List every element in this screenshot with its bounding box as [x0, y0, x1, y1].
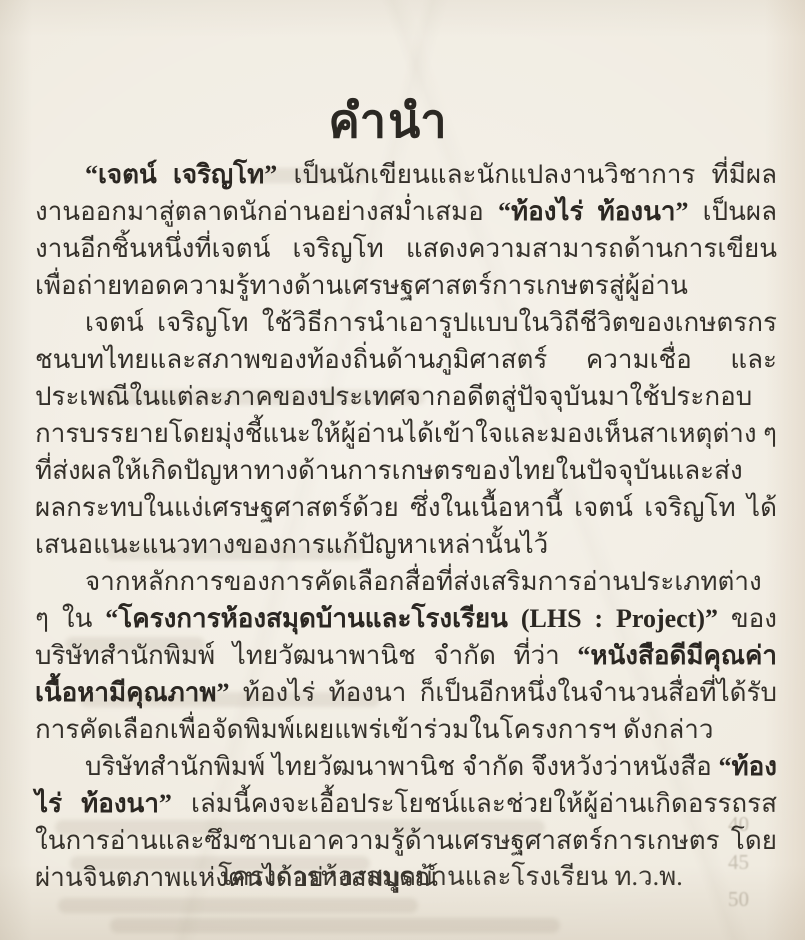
- emphasized-text: “เจตน์ เจริญโท”: [85, 160, 277, 189]
- ghost-text-smudge: [110, 918, 560, 933]
- page-title: คำนำ: [0, 83, 777, 158]
- preface-body: “เจตน์ เจริญโท” เป็นนักเขียนและนักแปลงาน…: [35, 156, 777, 896]
- preface-paragraph: จากหลักการของการคัดเลือกสื่อที่ส่งเสริมก…: [35, 563, 777, 748]
- paragraph-text: เจตน์ เจริญโท ใช้วิธีการนำเอารูปแบบในวิถ…: [35, 308, 777, 559]
- footer-line: โครงการห้องสมุดบ้านและโรงเรียน ท.ว.พ.: [0, 856, 805, 897]
- ghost-text-smudge: [58, 898, 418, 913]
- preface-paragraph: “เจตน์ เจริญโท” เป็นนักเขียนและนักแปลงาน…: [35, 156, 777, 304]
- emphasized-text: “ท้องไร่ ท้องนา”: [498, 197, 689, 226]
- paragraph-text: บริษัทสำนักพิมพ์ ไทยวัฒนาพานิช จำกัด จึง…: [85, 752, 719, 781]
- emphasized-text: “โครงการห้องสมุดบ้านและโรงเรียน (LHS : P…: [105, 604, 718, 633]
- preface-paragraph: เจตน์ เจริญโท ใช้วิธีการนำเอารูปแบบในวิถ…: [35, 304, 777, 563]
- scanned-book-page: 404550 คำนำ “เจตน์ เจริญโท” เป็นนักเขียน…: [0, 0, 805, 940]
